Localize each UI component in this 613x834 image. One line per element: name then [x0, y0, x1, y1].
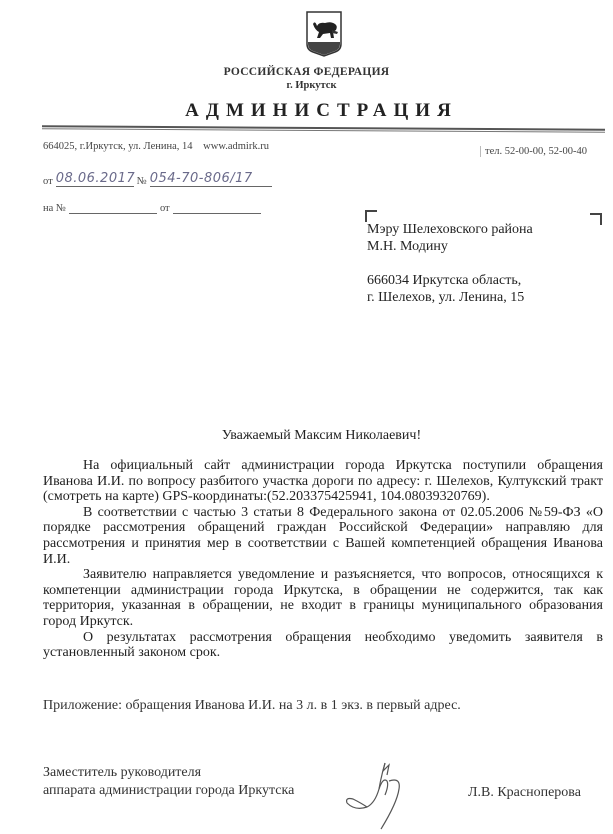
ref-number-field — [69, 199, 157, 214]
address-corner-mark-right — [590, 213, 602, 225]
recipient-block: Мэру Шелеховского района М.Н. Модину 666… — [367, 221, 533, 306]
recipient-address-line2: г. Шелехов, ул. Ленина, 15 — [367, 289, 533, 306]
signatory-position: Заместитель руководителя аппарата админи… — [43, 764, 294, 800]
street-address: 664025, г.Иркутск, ул. Ленина, 14 — [43, 141, 193, 152]
position-line2: аппарата администрации города Иркутска — [43, 782, 294, 800]
incoming-reference-row: на № от — [43, 199, 264, 214]
recipient-title: Мэру Шелеховского района — [367, 221, 533, 238]
outgoing-date-field: 08.06.2017 — [56, 172, 134, 187]
ref-date-label: от — [160, 203, 170, 214]
organization-heading: АДМИНИСТРАЦИЯ — [0, 100, 613, 122]
letter-body: На официальный сайт администрации города… — [43, 458, 603, 661]
attachment-note: Приложение: обращения Иванова И.И. на 3 … — [43, 698, 461, 714]
position-line1: Заместитель руководителя — [43, 764, 294, 782]
recipient-name: М.Н. Модину — [367, 238, 533, 255]
outgoing-number-field: 054-70-806/17 — [150, 172, 272, 187]
paragraph-1: На официальный сайт администрации города… — [43, 458, 603, 505]
country-heading: РОССИЙСКАЯ ФЕДЕРАЦИЯ — [0, 66, 613, 78]
phone-numbers: тел. 52-00-00, 52-00-40 — [480, 146, 587, 157]
sender-address: 664025, г.Иркутск, ул. Ленина, 14 www.ad… — [43, 141, 269, 152]
signatory-name: Л.В. Красноперова — [468, 785, 581, 801]
outgoing-registration-row: от 08.06.2017 № 054-70-806/17 — [43, 172, 275, 187]
paragraph-2: В соответствии с частью 3 статьи 8 Федер… — [43, 505, 603, 567]
recipient-address-line1: 666034 Иркутска область, — [367, 272, 533, 289]
paragraph-4: О результатах рассмотрения обращения нео… — [43, 630, 603, 661]
handwritten-signature-icon — [345, 755, 425, 834]
ref-date-field — [173, 199, 261, 214]
number-label: № — [137, 176, 147, 187]
date-label: от — [43, 176, 53, 187]
city-heading: г. Иркутск — [0, 80, 613, 91]
coat-of-arms-icon — [305, 10, 343, 58]
website-link[interactable]: www.admirk.ru — [203, 141, 269, 152]
paragraph-3: Заявителю направляется уведомление и раз… — [43, 567, 603, 629]
ref-number-label: на № — [43, 203, 66, 214]
greeting: Уважаемый Максим Николаевич! — [0, 428, 613, 444]
